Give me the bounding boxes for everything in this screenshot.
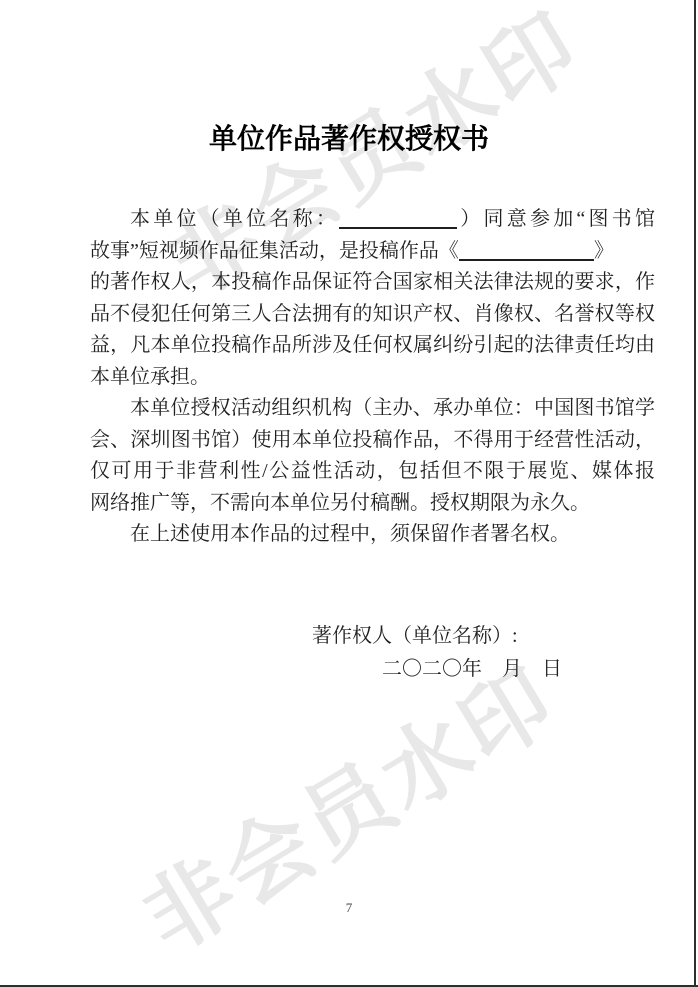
document-body: 本单位（单位名称：）同意参加“图书馆 故事”短视频作品征集活动，是投稿作品《》 … [90,204,655,551]
document-title: 单位作品著作权授权书 [0,117,698,157]
signature-block: 著作权人（单位名称）: 二〇二〇年 月 日 [90,620,655,686]
blank-work-title-field [459,241,594,261]
p1-l2-text-pre: 故事”短视频作品征集活动，是投稿作品《 [90,240,459,262]
p1-l1-text-pre: 本单位（单位名称： [130,208,339,230]
p1-l1-text-post: ）同意参加“图书馆 [457,208,655,230]
p1-l2-text-post: 》 [594,240,614,262]
signature-date-line: 二〇二〇年 月 日 [90,653,655,686]
page-edge-right [694,0,696,987]
paragraph1-line5: 益，凡本单位投稿作品所涉及任何权属纠纷引起的法律责任均由 [90,330,655,362]
paragraph1-line6: 本单位承担。 [90,362,655,394]
paragraph1-line1: 本单位（单位名称：）同意参加“图书馆 [90,204,655,236]
paragraph1-line3: 的著作权人，本投稿作品保证符合国家相关法律法规的要求，作 [90,267,655,299]
paragraph2-line1: 本单位授权活动组织机构（主办、承办单位：中国图书馆学 [90,393,655,425]
signature-owner-label: 著作权人（单位名称）: [90,620,655,653]
page-number: 7 [0,900,698,916]
paragraph2-line2: 会、深圳图书馆）使用本单位投稿作品，不得用于经营性活动， [90,425,655,457]
paragraph3-line1: 在上述使用本作品的过程中，须保留作者署名权。 [90,519,655,551]
document-page: 非会员水印 非会员水印 单位作品著作权授权书 本单位（单位名称：）同意参加“图书… [0,0,698,987]
paragraph2-line3: 仅可用于非营利性/公益性活动，包括但不限于展览、媒体报道、 [90,456,655,488]
paragraph2-line4: 网络推广等，不需向本单位另付稿酬。授权期限为永久。 [90,488,655,520]
paragraph1-line4: 品不侵犯任何第三人合法拥有的知识产权、肖像权、名誉权等权 [90,299,655,331]
paragraph1-line2: 故事”短视频作品征集活动，是投稿作品《》 [90,236,655,268]
blank-company-name-field [339,209,457,229]
watermark-bottom: 非会员水印 [130,654,570,966]
